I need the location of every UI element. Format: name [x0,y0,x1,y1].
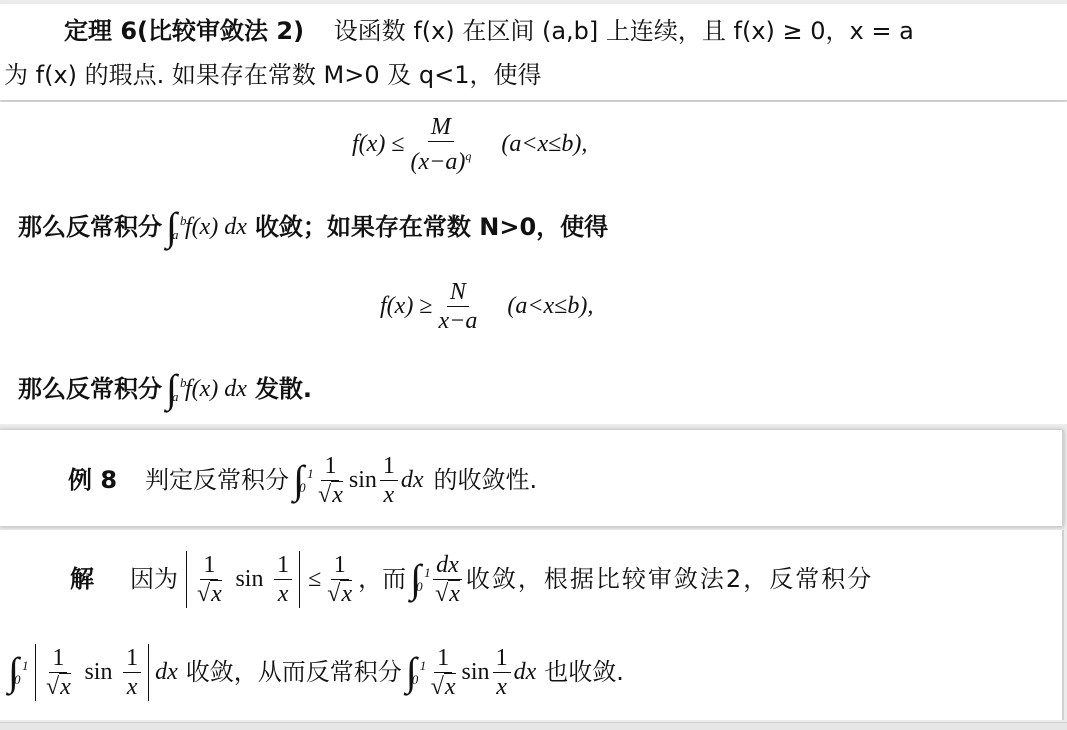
solution-line-2: ∫10 1√x sin 1x dx 收敛，从而反常积分 ∫10 1√x sin … [4,634,624,710]
solution-panel: 解 因为 1√x sin 1x ≤ 1√x ，而 ∫10 dx√x 收敛，根据比… [0,530,1064,720]
integral-sign: ∫10 [406,652,417,692]
integral-sign: ∫10 [410,559,421,599]
theorem-statement-2: 为 f(x) 的瑕点. 如果存在常数 M>0 及 q<1，使得 [4,61,541,89]
theorem-line-2: 为 f(x) 的瑕点. 如果存在常数 M>0 及 q<1，使得 [4,60,541,90]
absolute-value: 1√x sin 1x [35,644,149,701]
theorem-line-1: 定理 6(比较审敛法 2) 设函数 f(x) 在区间 (a,b] 上连续，且 f… [64,16,914,46]
example-label: 例 8 [68,465,117,495]
solution-label: 解 [70,564,94,594]
theorem-header-panel: 定理 6(比较审敛法 2) 设函数 f(x) 在区间 (a,b] 上连续，且 f… [0,4,1067,100]
integral-sign: ∫ba [166,207,177,247]
theorem-title: 定理 6(比较审敛法 2) [64,17,304,45]
theorem-line-3: 那么反常积分 ∫ba f(x) dx 收敛；如果存在常数 N>0，使得 [18,202,608,252]
theorem-body-panel: f(x) ≤ M (x−a)q (a<x≤b), 那么反常积分 ∫ba f(x)… [0,102,1067,424]
integral-sign: ∫10 [293,460,304,500]
formula-upper-bound: f(x) ≤ M (x−a)q (a<x≤b), [352,112,587,176]
integral-sign: ∫10 [8,652,19,692]
example-line: 例 8 判定反常积分 ∫10 1√x sin 1x dx 的收敛性. [68,450,537,510]
integral-sign: ∫ba [166,369,177,409]
fraction: M (x−a)q [407,113,474,176]
fraction: N x−a [435,278,480,335]
formula-lower-bound: f(x) ≥ N x−a (a<x≤b), [380,274,593,338]
theorem-statement-1: 设函数 f(x) 在区间 (a,b] 上连续，且 f(x) ≥ 0，x = a [334,17,914,45]
example-panel: 例 8 判定反常积分 ∫10 1√x sin 1x dx 的收敛性. [0,430,1064,526]
absolute-value: 1√x sin 1x [186,551,300,608]
solution-line-1: 解 因为 1√x sin 1x ≤ 1√x ，而 ∫10 dx√x 收敛，根据比… [70,544,873,614]
theorem-line-4: 那么反常积分 ∫ba f(x) dx 发散. [18,364,312,414]
bottom-edge [0,722,1067,730]
